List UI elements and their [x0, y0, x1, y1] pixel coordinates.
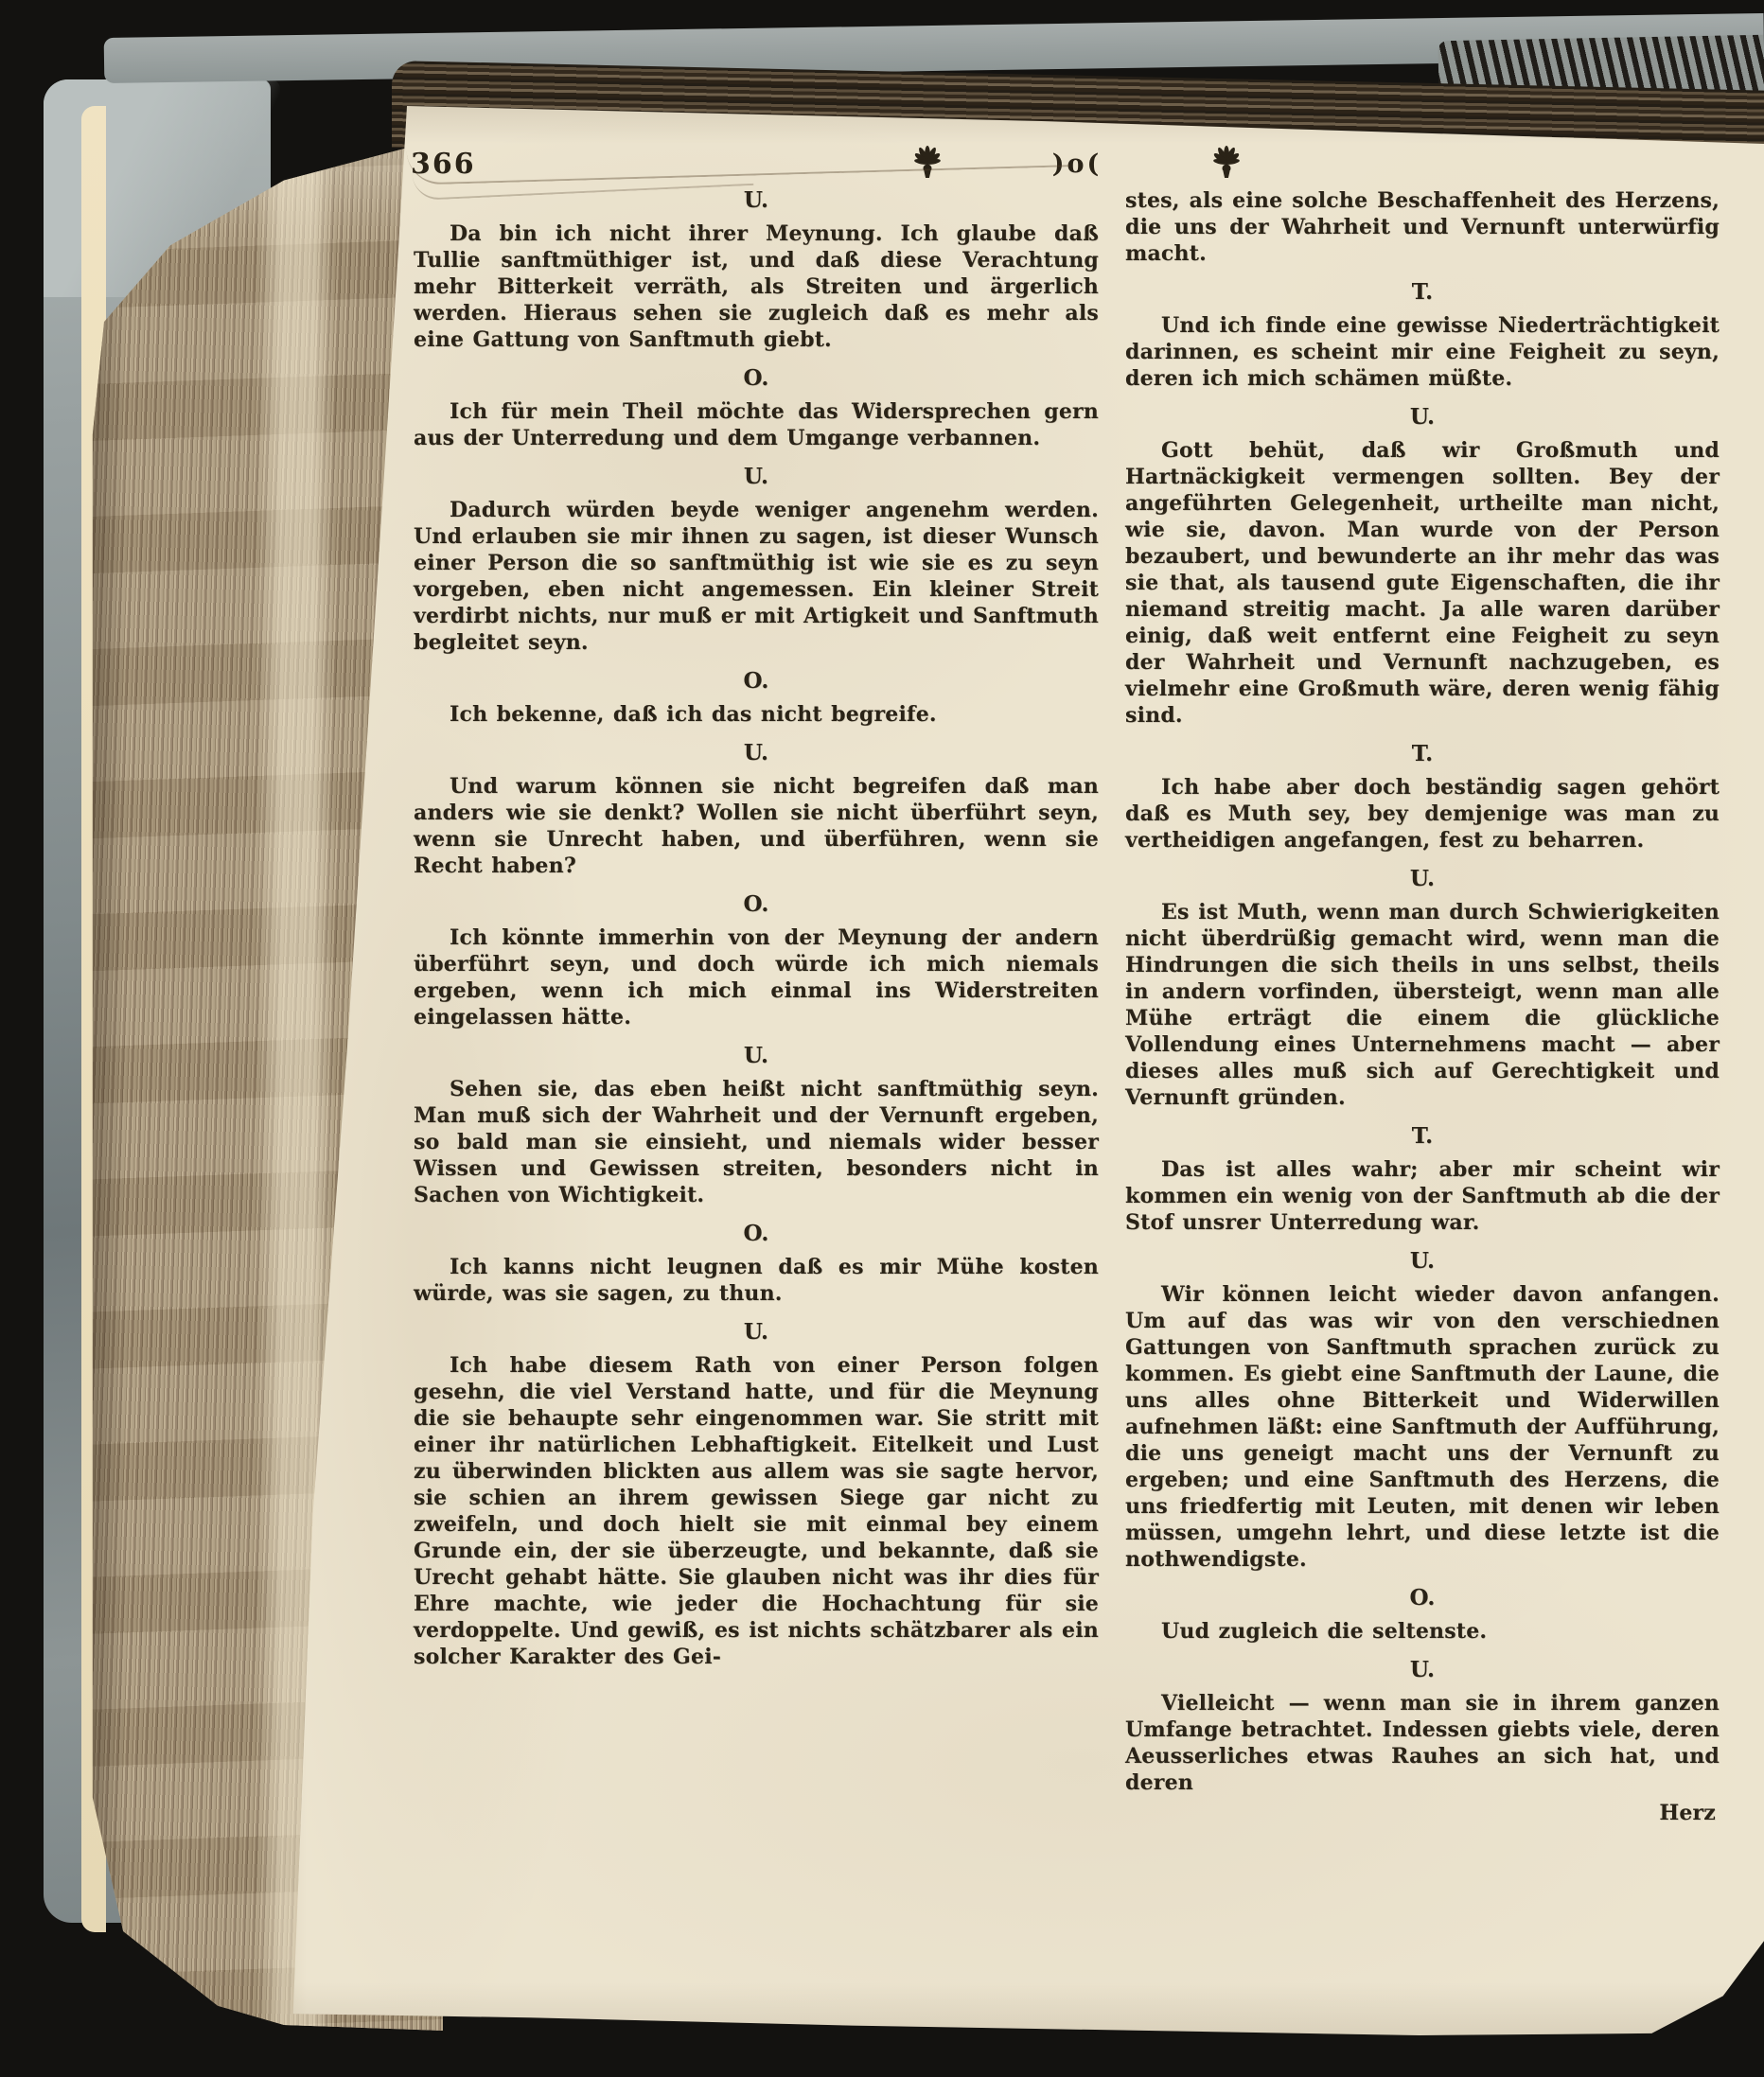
speaker-label: U. [414, 464, 1099, 490]
paragraph: Und warum können sie nicht begreifen daß… [414, 773, 1099, 879]
speaker-label: U. [414, 1319, 1099, 1346]
book-page: 366 )o( [246, 95, 1764, 2061]
speaker-label: O. [414, 365, 1099, 392]
paragraph: Uud zugleich die seltenste. [1125, 1618, 1720, 1645]
paragraph: Ich kanns nicht leugnen daß es mir Mühe … [414, 1254, 1099, 1307]
paragraph: Vielleicht — wenn man sie in ihrem ganze… [1125, 1690, 1720, 1796]
speaker-label: U. [414, 1043, 1099, 1069]
shell-ornament-icon [1206, 144, 1247, 182]
speaker-label: U. [1125, 404, 1720, 431]
page-number: 366 [411, 148, 476, 181]
right-column: stes, als eine solche Beschaffenheit des… [1125, 187, 1720, 1826]
paragraph: Und ich finde eine gewisse Niederträchti… [1125, 312, 1720, 392]
paragraph: Sehen sie, das eben heißt nicht sanftmüt… [414, 1076, 1099, 1208]
speaker-label: T. [1125, 741, 1720, 767]
paragraph: stes, als eine solche Beschaffenheit des… [1125, 187, 1720, 267]
speaker-label: O. [414, 668, 1099, 695]
paragraph: Gott behüt, daß wir Großmuth und Hartnäc… [1125, 437, 1720, 729]
paragraph: Das ist alles wahr; aber mir scheint wir… [1125, 1156, 1720, 1236]
paragraph: Ich bekenne, daß ich das nicht begreife. [414, 701, 1099, 728]
shell-ornament-icon [907, 144, 948, 182]
text-columns: U.Da bin ich nicht ihrer Meynung. Ich gl… [414, 187, 1720, 1826]
paragraph: Dadurch würden beyde weniger angenehm we… [414, 497, 1099, 656]
speaker-label: T. [1125, 1123, 1720, 1150]
speaker-label: U. [414, 187, 1099, 214]
paragraph: Ich für mein Theil möchte das Widersprec… [414, 398, 1099, 451]
left-column: U.Da bin ich nicht ihrer Meynung. Ich gl… [414, 187, 1099, 1826]
speaker-label: O. [414, 891, 1099, 918]
paragraph: Da bin ich nicht ihrer Meynung. Ich glau… [414, 220, 1099, 353]
speaker-label: U. [1125, 1657, 1720, 1683]
speaker-label: U. [414, 740, 1099, 766]
paragraph: Ich habe diesem Rath von einer Person fo… [414, 1352, 1099, 1670]
paragraph: Ich könnte immerhin von der Meynung der … [414, 924, 1099, 1030]
speaker-label: U. [1125, 866, 1720, 892]
speaker-label: T. [1125, 279, 1720, 306]
paragraph: Es ist Muth, wenn man durch Schwierigkei… [1125, 899, 1720, 1111]
paragraph: Ich habe aber doch beständig sagen gehör… [1125, 774, 1720, 854]
paragraph: Wir können leicht wieder davon anfangen.… [1125, 1281, 1720, 1573]
speaker-label: O. [1125, 1585, 1720, 1611]
section-divider-mark: )o( [1052, 148, 1102, 179]
catchword: Herz [1125, 1800, 1720, 1826]
speaker-label: U. [1125, 1248, 1720, 1275]
header-ornaments: )o( [907, 142, 1247, 184]
speaker-label: O. [414, 1221, 1099, 1247]
